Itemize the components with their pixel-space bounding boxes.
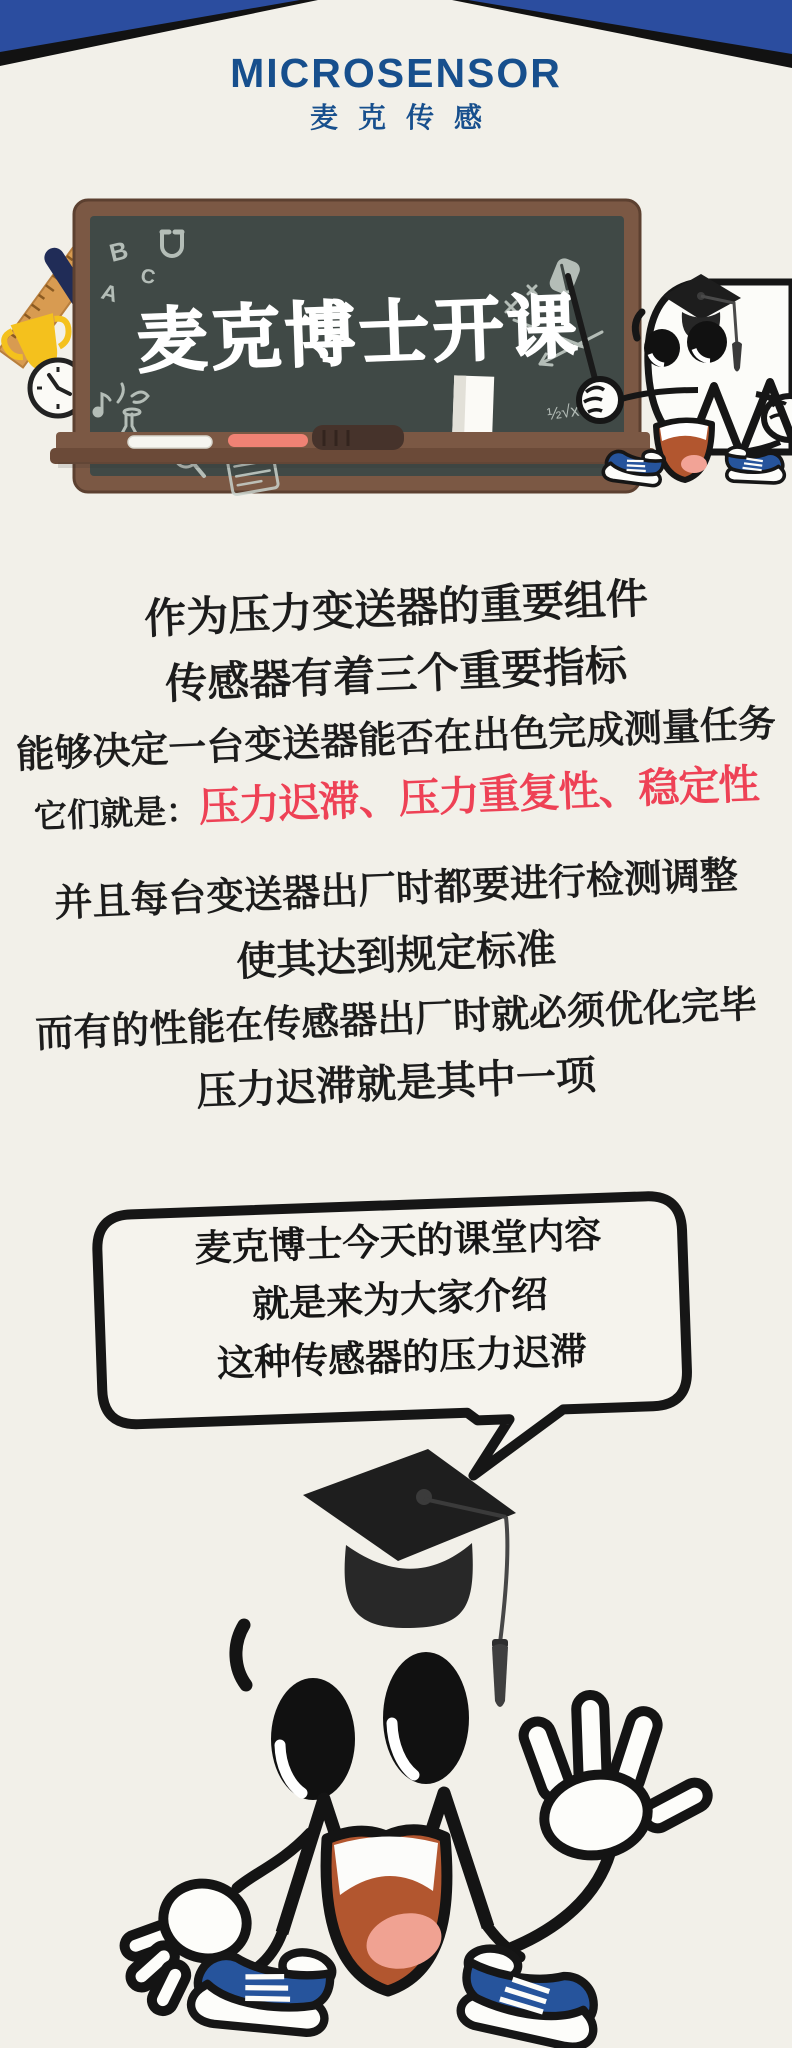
mascot-right-shoe <box>458 1946 601 2048</box>
brand-logo: MICROSENSOR <box>0 50 792 97</box>
mascot-small-left-eye <box>644 329 680 367</box>
blackboard-scene: B C A ½√x <box>0 150 792 570</box>
intro-conclusion-prefix: 它们就是： <box>33 791 199 835</box>
poster-canvas: MICROSENSOR 麦克传感 <box>0 0 792 2048</box>
intro-conclusion-highlight: 压力迟滞、压力重复性、稳定性 <box>198 761 759 830</box>
pink-chalk-icon <box>228 434 308 447</box>
mascot-large <box>0 1393 792 2048</box>
mascot-mouth <box>326 1830 447 1991</box>
mascot-right-eye <box>383 1652 469 1784</box>
blackboard-title: 麦克博士开课 <box>136 287 582 380</box>
mascot-small-pointer-hand <box>579 379 621 421</box>
eraser-icon <box>312 425 404 450</box>
doodle-letter-c: C <box>139 265 156 289</box>
mascot-brow <box>236 1625 246 1685</box>
brand-logo-cn: 麦克传感 <box>0 96 792 136</box>
speech-bubble-text: 麦克博士今天的课堂内容 就是来为大家介绍 这种传感器的压力迟滞 <box>93 1202 707 1397</box>
white-chalk-icon <box>128 436 212 448</box>
mascot-waving-hand <box>520 1695 713 1864</box>
mascot-small-mouth <box>656 420 712 480</box>
mascot-small-right-eye <box>687 321 727 363</box>
mascot-left-eye <box>271 1678 355 1800</box>
ribbon-blue-left <box>0 0 300 52</box>
